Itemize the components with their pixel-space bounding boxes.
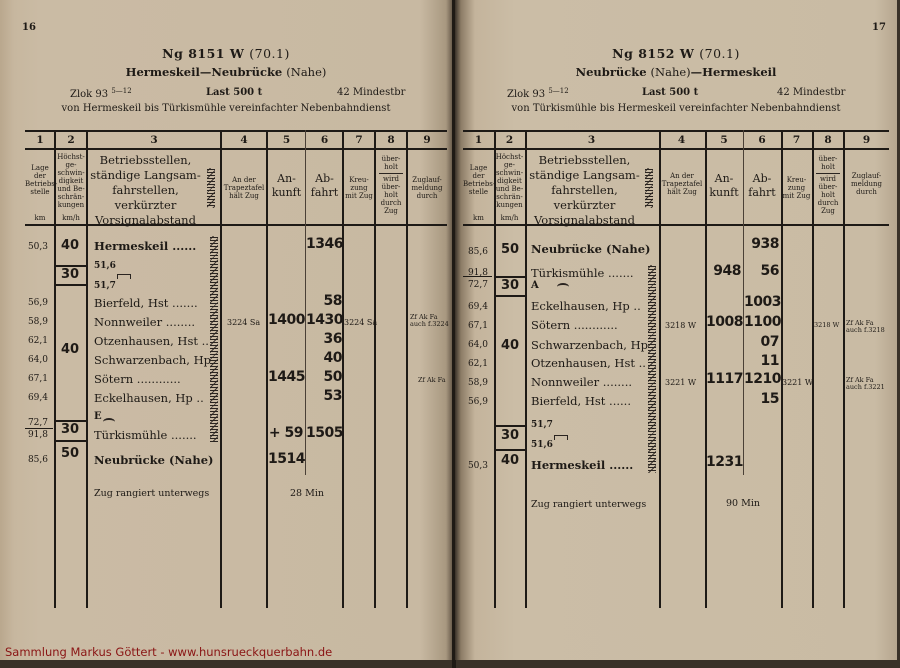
hdr-line: Höchst-	[55, 153, 87, 161]
km-value: 64,0	[6, 355, 48, 365]
hdr-line: Vorsignalabstand	[88, 213, 203, 228]
zlok-superscript: 5—12	[111, 87, 131, 95]
station-name: Neubrücke (Nahe)	[531, 242, 650, 256]
slow-zone-start-km: 51,7	[531, 420, 553, 430]
hdr-line: An der	[221, 176, 267, 184]
col2-header: Höchst- ge- schwin- digkeit und Be- schr…	[55, 153, 87, 209]
service-description: von Hermeskeil bis Türkismühle vereinfac…	[0, 103, 452, 114]
arrival-time: 1445	[268, 369, 303, 385]
station-name: Otzenhausen, Hst ..	[531, 356, 646, 370]
hdr-line: Kreu-	[781, 176, 812, 184]
zlok-info: Zlok 93 5—12	[507, 87, 569, 100]
col-num-7: 7	[343, 134, 375, 146]
km-value: 67,1	[6, 374, 48, 384]
hdr-line: meldung	[407, 184, 447, 192]
col4-header: An der Trapeztafel hält Zug	[659, 172, 705, 196]
col-num-5: 5	[267, 134, 306, 146]
speed-limit: 30	[496, 278, 524, 293]
shunting-duration: 90 Min	[726, 498, 760, 509]
hdr-line: digkeit	[494, 177, 525, 185]
col-num-7: 7	[781, 134, 812, 146]
station-name: Bierfeld, Hst ......	[531, 394, 631, 408]
hdr-line: Trapeztafel	[659, 180, 705, 188]
hdr-line: und Be-	[494, 185, 525, 193]
km-value: 50,3	[6, 242, 48, 252]
hdr-line: holt	[812, 191, 844, 199]
load-value: Last 500 t	[206, 87, 262, 98]
arrival-time: 1008	[706, 314, 741, 330]
km-break-rule	[25, 428, 53, 429]
hdr-line: fahrstellen,	[88, 183, 203, 198]
hdr-line: holt	[812, 163, 844, 171]
route-suffix: (Nahe)	[651, 65, 691, 79]
dispatch-report: Zf Ak Fa	[418, 377, 446, 384]
col3-header: Betriebsstellen, ständige Langsam- fahrs…	[527, 153, 642, 228]
col-divider	[781, 130, 783, 608]
crossing-train: 3224 Sa	[344, 318, 377, 327]
hdr-line: ge-	[494, 161, 525, 169]
col1-unit: km	[25, 214, 55, 222]
hdr-line: Betriebs-	[463, 180, 494, 188]
wavy-line-icon	[207, 168, 215, 208]
hdr-line: durch	[375, 199, 407, 207]
col-num-2: 2	[55, 134, 87, 146]
speed-limit: 30	[56, 422, 84, 437]
hdr-line: schrän-	[55, 193, 87, 201]
col-num-6: 6	[306, 134, 343, 146]
junction-arc-icon	[103, 418, 115, 426]
km-value: 56,9	[6, 298, 48, 308]
km-value: 62,1	[6, 336, 48, 346]
departure-time: 1346	[306, 236, 342, 252]
km-value: 85,6	[6, 455, 48, 465]
load-info: Last 500 t	[642, 87, 698, 98]
shunting-note: Zug rangiert unterwegs	[94, 488, 209, 499]
hdr-line: durch	[844, 188, 889, 196]
col-divider	[342, 130, 344, 608]
load-info: Last 500 t	[206, 87, 262, 98]
train-title: Ng 8151 W (70.1)	[0, 46, 452, 61]
col-num-9: 9	[844, 134, 889, 146]
train-number: Ng 8152 W	[612, 46, 694, 61]
hdr-line: fahrstellen,	[527, 183, 642, 198]
hdr-line: ständige Langsam-	[88, 168, 203, 183]
departure-time: 15	[744, 391, 779, 407]
station-name: Schwarzenbach, Hp	[94, 353, 211, 367]
station-name: Neubrücke (Nahe)	[94, 453, 213, 467]
hdr-line: der	[463, 172, 494, 180]
hdr-line: Betriebsstellen,	[88, 153, 203, 168]
col-num-6: 6	[743, 134, 781, 146]
km-value: 58,9	[455, 378, 488, 388]
km-value: 50,3	[455, 461, 488, 471]
hdr-line: schrän-	[494, 193, 525, 201]
shunting-note: Zug rangiert unterwegs	[531, 499, 646, 510]
col-num-3: 3	[525, 134, 658, 146]
col6-header: Ab- fahrt	[306, 172, 343, 200]
col8-divider	[816, 173, 840, 174]
arrival-time: + 59	[266, 425, 303, 441]
station-name: Nonnweiler ........	[94, 315, 195, 329]
speed-rule	[495, 425, 525, 427]
hdr-line: über-	[375, 155, 407, 163]
departure-time: 07	[744, 334, 779, 350]
collection-watermark: Sammlung Markus Göttert - www.hunsrueckq…	[5, 645, 332, 659]
station-name: Otzenhausen, Hst ..	[94, 334, 209, 348]
col1-header: Lage der Betriebs- stelle	[25, 164, 55, 196]
route-origin: Neubrücke	[576, 65, 647, 79]
arrival-time: 1231	[706, 454, 741, 470]
hdr-line: meldung	[844, 180, 889, 188]
speed-limit: 40	[496, 453, 524, 468]
hdr-line: digkeit	[55, 177, 87, 185]
col-num-3: 3	[87, 134, 221, 146]
hdr-line: ge-	[55, 161, 87, 169]
dispatch-report: Zf Ak Fa auch f.3218	[846, 320, 890, 334]
hdr-line: und Be-	[55, 185, 87, 193]
hdr-line: holt	[375, 191, 407, 199]
km-value: 72,7	[6, 418, 48, 428]
hdr-line: Zuglauf-	[844, 172, 889, 180]
hdr-line: über-	[812, 155, 844, 163]
train-title: Ng 8152 W (70.1)	[455, 46, 897, 61]
km-value: 58,9	[6, 317, 48, 327]
junction-marker: A	[531, 280, 539, 291]
slow-zone-end-km: 51,7	[94, 281, 116, 291]
km-value: 56,9	[455, 397, 488, 407]
train-code: (70.1)	[249, 46, 290, 61]
hdr-line: Lage	[463, 164, 494, 172]
col2-unit: km/h	[55, 214, 87, 222]
hdr-line: holt	[375, 163, 407, 171]
km-value: 69,4	[455, 302, 488, 312]
train-number: Ng 8151 W	[162, 46, 244, 61]
departure-time: 36	[306, 331, 342, 347]
station-name: Eckelhausen, Hp ..	[94, 391, 204, 405]
hdr-line: fahrt	[306, 186, 343, 200]
hdr-line: durch	[812, 199, 844, 207]
col4-header: An der Trapeztafel hält Zug	[221, 176, 267, 200]
col8-header: über- holt wird über- holt durch Zug	[812, 155, 844, 215]
km-value: 62,1	[455, 359, 488, 369]
hdr-line: zung	[343, 184, 375, 192]
service-description: von Türkismühle bis Hermeskeil vereinfac…	[455, 103, 897, 114]
speed-rule	[55, 440, 86, 442]
brake-info: 42 Mindestbr	[337, 87, 405, 98]
col-num-8: 8	[812, 134, 844, 146]
hdr-line: Höchst-	[494, 153, 525, 161]
col-num-9: 9	[407, 134, 447, 146]
col9-header: Zuglauf- meldung durch	[844, 172, 889, 196]
col-num-4: 4	[221, 134, 267, 146]
hdr-line: Vorsignalabstand	[527, 213, 642, 228]
slow-zone-start-km: 51,6	[94, 261, 116, 271]
wavy-line-icon	[648, 265, 656, 473]
col-num-8: 8	[375, 134, 407, 146]
col9-header: Zuglauf- meldung durch	[407, 176, 447, 200]
route-destination: —Hermeskeil	[691, 65, 777, 79]
departure-time: 938	[744, 236, 779, 252]
hdr-line: ständige Langsam-	[527, 168, 642, 183]
speed-limit: 40	[496, 338, 524, 353]
km-value: 64,0	[455, 340, 488, 350]
col-num-1: 1	[25, 134, 55, 146]
route-title: Hermeskeil—Neubrücke (Nahe)	[0, 65, 452, 79]
junction-arc-icon	[557, 283, 569, 291]
route-title: Neubrücke (Nahe)—Hermeskeil	[455, 65, 897, 79]
station-name: Bierfeld, Hst .......	[94, 296, 198, 310]
table-top-rule	[463, 130, 889, 132]
hdr-line: wird	[375, 175, 407, 183]
hdr-line: Betriebsstellen,	[527, 153, 642, 168]
route-main: Hermeskeil—Neubrücke	[126, 65, 283, 79]
hdr-line: hält Zug	[221, 192, 267, 200]
zlok-label: Zlok 93	[70, 89, 108, 100]
km-value: 85,6	[455, 247, 488, 257]
departure-time: 40	[306, 350, 342, 366]
hdr-line: Kreu-	[343, 176, 375, 184]
col5-header: An- kunft	[267, 172, 306, 200]
col8-header: über- holt wird über- holt durch Zug	[375, 155, 407, 215]
zlok-label: Zlok 93	[507, 89, 545, 100]
col-divider	[705, 130, 707, 608]
station-name: Türkismühle .......	[531, 266, 634, 280]
shunting-duration: 28 Min	[290, 488, 324, 499]
hdr-line: Zug	[812, 207, 844, 215]
hdr-line: Zug	[375, 207, 407, 215]
overtaken-by-train: 3218 W	[814, 322, 839, 329]
hdr-line: kungen	[494, 201, 525, 209]
speed-rule	[55, 284, 86, 286]
col1-header: Lage der Betriebs- stelle	[463, 164, 494, 196]
zlok-info: Zlok 93 5—12	[70, 87, 132, 100]
wavy-line-icon	[645, 168, 653, 208]
departure-time: 58	[306, 293, 342, 309]
hdr-line: An-	[267, 172, 306, 186]
slow-zone-bracket-icon	[117, 274, 131, 279]
hdr-line: kunft	[705, 186, 743, 200]
departure-time: 50	[306, 369, 342, 385]
hdr-line: mit Zug	[343, 192, 375, 200]
station-name: Nonnweiler ........	[531, 375, 632, 389]
brake-info: 42 Mindestbr	[777, 87, 845, 98]
hdr-line: kunft	[267, 186, 306, 200]
hdr-line: durch	[407, 192, 447, 200]
dispatch-report: Zf Ak Fa auch f.3224	[410, 314, 450, 328]
table-top-rule	[25, 130, 447, 132]
hdr-line: Lage	[25, 164, 55, 172]
col-divider	[659, 130, 661, 608]
hdr-line: Trapeztafel	[221, 184, 267, 192]
departure-time: 1210	[744, 371, 779, 387]
col-num-5: 5	[705, 134, 743, 146]
route-suffix: (Nahe)	[286, 65, 326, 79]
speed-limit: 30	[496, 428, 524, 443]
km-value: 91,8	[6, 430, 48, 440]
km-value: 91,8	[455, 268, 488, 278]
hdr-line: stelle	[463, 188, 494, 196]
left-page: 16 Ng 8151 W (70.1) Hermeskeil—Neubrücke…	[0, 0, 452, 660]
km-value: 72,7	[455, 280, 488, 290]
hdr-line: Ab-	[306, 172, 343, 186]
page-number: 17	[872, 22, 886, 33]
trapezoid-stop-train: 3218 W	[665, 321, 696, 330]
col7-header: Kreu- zung mit Zug	[343, 176, 375, 200]
wavy-line-icon	[210, 236, 218, 442]
speed-rule	[495, 449, 525, 451]
col6-header: Ab- fahrt	[743, 172, 781, 200]
train-code: (70.1)	[699, 46, 740, 61]
speed-limit: 40	[56, 238, 84, 253]
arrival-time: 1117	[706, 371, 741, 387]
hdr-line: fahrt	[743, 186, 781, 200]
arrival-time: 948	[706, 263, 741, 279]
col3-header: Betriebsstellen, ständige Langsam- fahrs…	[88, 153, 203, 228]
hdr-line: hält Zug	[659, 188, 705, 196]
hdr-line: über-	[812, 183, 844, 191]
hdr-line: wird	[812, 175, 844, 183]
station-name: Hermeskeil ......	[531, 458, 633, 472]
hdr-line: verkürzter	[88, 198, 203, 213]
col5-header: An- kunft	[705, 172, 743, 200]
arrival-time: 1514	[268, 451, 303, 467]
station-name: Sötern ............	[94, 372, 181, 386]
hdr-line: mit Zug	[781, 192, 812, 200]
speed-rule	[495, 295, 525, 297]
load-value: Last 500 t	[642, 87, 698, 98]
speed-limit: 40	[56, 342, 84, 357]
arrival-time: 1400	[268, 312, 303, 328]
col2-unit: km/h	[494, 214, 525, 222]
crossing-train: 3221 W	[782, 378, 813, 387]
col2-header: Höchst- ge- schwin- digkeit und Be- schr…	[494, 153, 525, 209]
page-number: 16	[22, 22, 36, 33]
col-num-2: 2	[494, 134, 525, 146]
col7-header: Kreu- zung mit Zug	[781, 176, 812, 200]
slow-zone-bracket-icon	[554, 435, 568, 440]
hdr-line: kungen	[55, 201, 87, 209]
header-number-rule	[25, 148, 447, 150]
dispatch-report: Zf Ak Fa auch f.3221	[846, 377, 890, 391]
hdr-line: schwin-	[494, 169, 525, 177]
hdr-line: über-	[375, 183, 407, 191]
speed-limit: 30	[56, 267, 84, 282]
station-name: Schwarzenbach, Hp	[531, 338, 648, 352]
col-divider	[220, 130, 222, 608]
slow-zone-end-km: 51,6	[531, 440, 553, 450]
hdr-line: der	[25, 172, 55, 180]
departure-time: 1505	[306, 425, 342, 441]
departure-time: 53	[306, 388, 342, 404]
departure-time: 56	[744, 263, 779, 279]
station-name: Eckelhausen, Hp ..	[531, 299, 641, 313]
zlok-superscript: 5—12	[548, 87, 568, 95]
hdr-line: Zuglauf-	[407, 176, 447, 184]
hdr-line: Betriebs-	[25, 180, 55, 188]
speed-limit: 50	[496, 242, 524, 257]
speed-limit: 50	[56, 446, 84, 461]
right-page: 17 Ng 8152 W (70.1) Neubrücke (Nahe)—Her…	[455, 0, 897, 660]
hdr-line: verkürzter	[527, 198, 642, 213]
departure-time: 11	[744, 353, 779, 369]
km-value: 67,1	[455, 321, 488, 331]
station-name: Hermeskeil ......	[94, 239, 196, 253]
station-name: Türkismühle .......	[94, 428, 197, 442]
hdr-line: stelle	[25, 188, 55, 196]
station-name: Sötern ............	[531, 318, 618, 332]
hdr-line: An der	[659, 172, 705, 180]
col8-divider	[379, 173, 403, 174]
hdr-line: An-	[705, 172, 743, 186]
junction-marker: E	[94, 411, 102, 422]
hdr-line: Ab-	[743, 172, 781, 186]
departure-time: 1100	[744, 314, 779, 330]
col-num-1: 1	[463, 134, 494, 146]
hdr-line: zung	[781, 184, 812, 192]
departure-time: 1003	[744, 294, 779, 310]
col1-unit: km	[463, 214, 494, 222]
departure-time: 1430	[306, 312, 342, 328]
trapezoid-stop-train: 3221 W	[665, 378, 696, 387]
km-value: 69,4	[6, 393, 48, 403]
hdr-line: schwin-	[55, 169, 87, 177]
header-number-rule	[463, 148, 889, 150]
col-num-4: 4	[658, 134, 705, 146]
trapezoid-stop-train: 3224 Sa	[227, 318, 260, 327]
